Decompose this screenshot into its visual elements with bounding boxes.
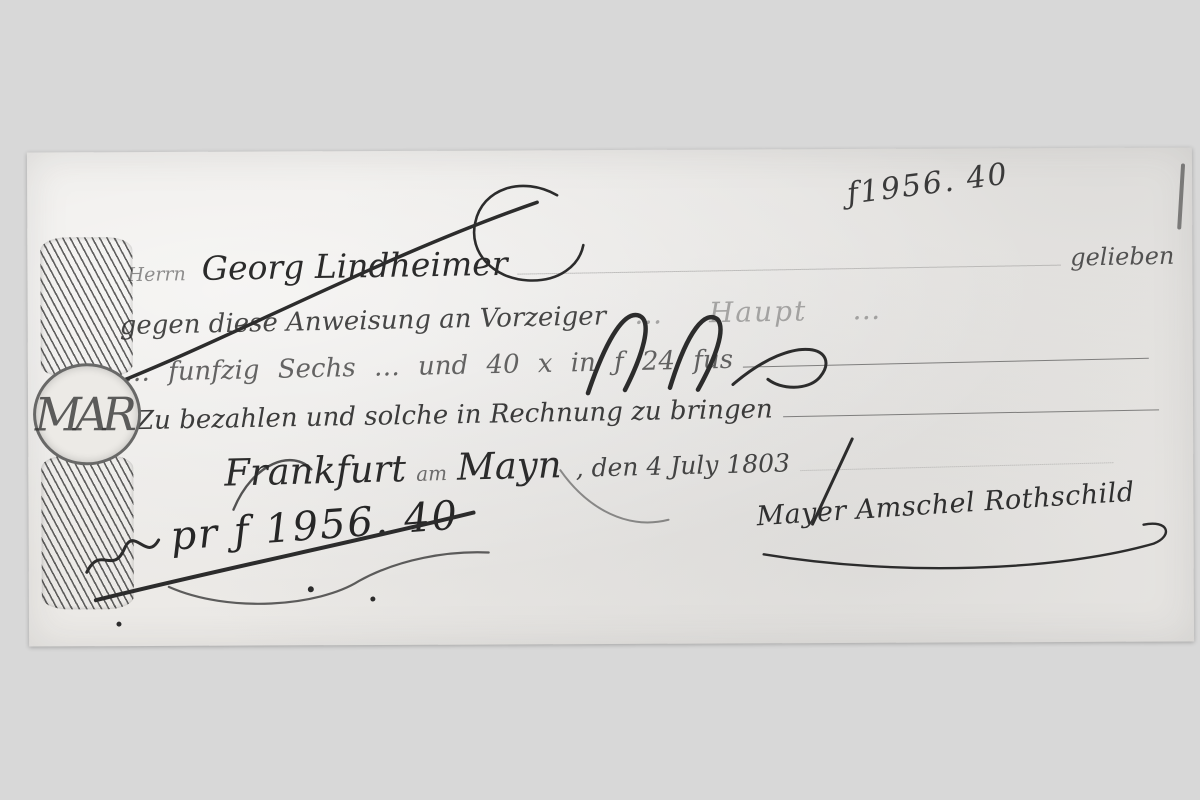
place-connector: am (416, 461, 447, 486)
signature-text: Mayer Amschel Rothschild (756, 477, 1136, 533)
ink-dot-3 (116, 622, 121, 627)
river-name: Mayn (456, 443, 562, 489)
paper-edge-mark (1179, 165, 1183, 227)
payment-clause-line: Zu bezahlen und solche in Rechnung zu br… (136, 387, 1169, 436)
payee-name: Georg Lindheimer (201, 244, 508, 288)
amount-numeric-bottom: pr ƒ 1956. 40 (169, 493, 461, 560)
order-text-faint: … Haupt … (634, 293, 883, 331)
guilloche-coil-bottom (41, 455, 134, 609)
payee-line: Herrn Georg Lindheimer gelieben (127, 233, 1175, 289)
monogram-seal: MAR (32, 363, 140, 465)
flourish-signature-underline (764, 524, 1167, 569)
date-text: , den 4 July 1803 (575, 448, 790, 482)
document-paper: MAR ƒ1956. 40 Herrn Georg Lindheimer gel… (27, 147, 1194, 646)
signature-rothschild: Mayer Amschel Rothschild (756, 477, 1136, 533)
payment-clause-text: Zu bezahlen und solche in Rechnung zu br… (136, 394, 773, 436)
date-line: Frankfurt am Mayn , den 4 July 1803 (224, 429, 1124, 495)
amount-words-text: … funfzig Sechs … und 40 x in ƒ 24 fus (124, 345, 734, 388)
flourish-pr-underline (169, 552, 489, 604)
fill-rule-amount (743, 340, 1149, 367)
payee-suffix: gelieben (1070, 242, 1175, 272)
payee-prefix: Herrn (127, 263, 186, 286)
guilloche-border: MAR (27, 237, 146, 594)
fill-rule-clause (783, 392, 1159, 417)
photo-background: MAR ƒ1956. 40 Herrn Georg Lindheimer gel… (0, 0, 1200, 800)
monogram-letters: MAR (35, 387, 131, 441)
amount-numeric-top-text: ƒ1956. 40 (845, 157, 1011, 212)
amount-numeric-top: ƒ1956. 40 (845, 157, 1011, 212)
ink-dot-2 (370, 597, 375, 602)
fill-rule-payee (517, 247, 1060, 275)
order-text: gegen diese Anweisung an Vorzeiger (119, 301, 606, 341)
amount-numeric-bottom-text: pr ƒ 1956. 40 (169, 493, 461, 560)
ink-dot-1 (308, 586, 314, 592)
order-line: gegen diese Anweisung an Vorzeiger … Hau… (119, 287, 1162, 341)
place-name: Frankfurt (224, 447, 407, 495)
fill-rule-date (800, 445, 1114, 472)
amount-words-line: … funfzig Sechs … und 40 x in ƒ 24 fus (124, 336, 1159, 389)
